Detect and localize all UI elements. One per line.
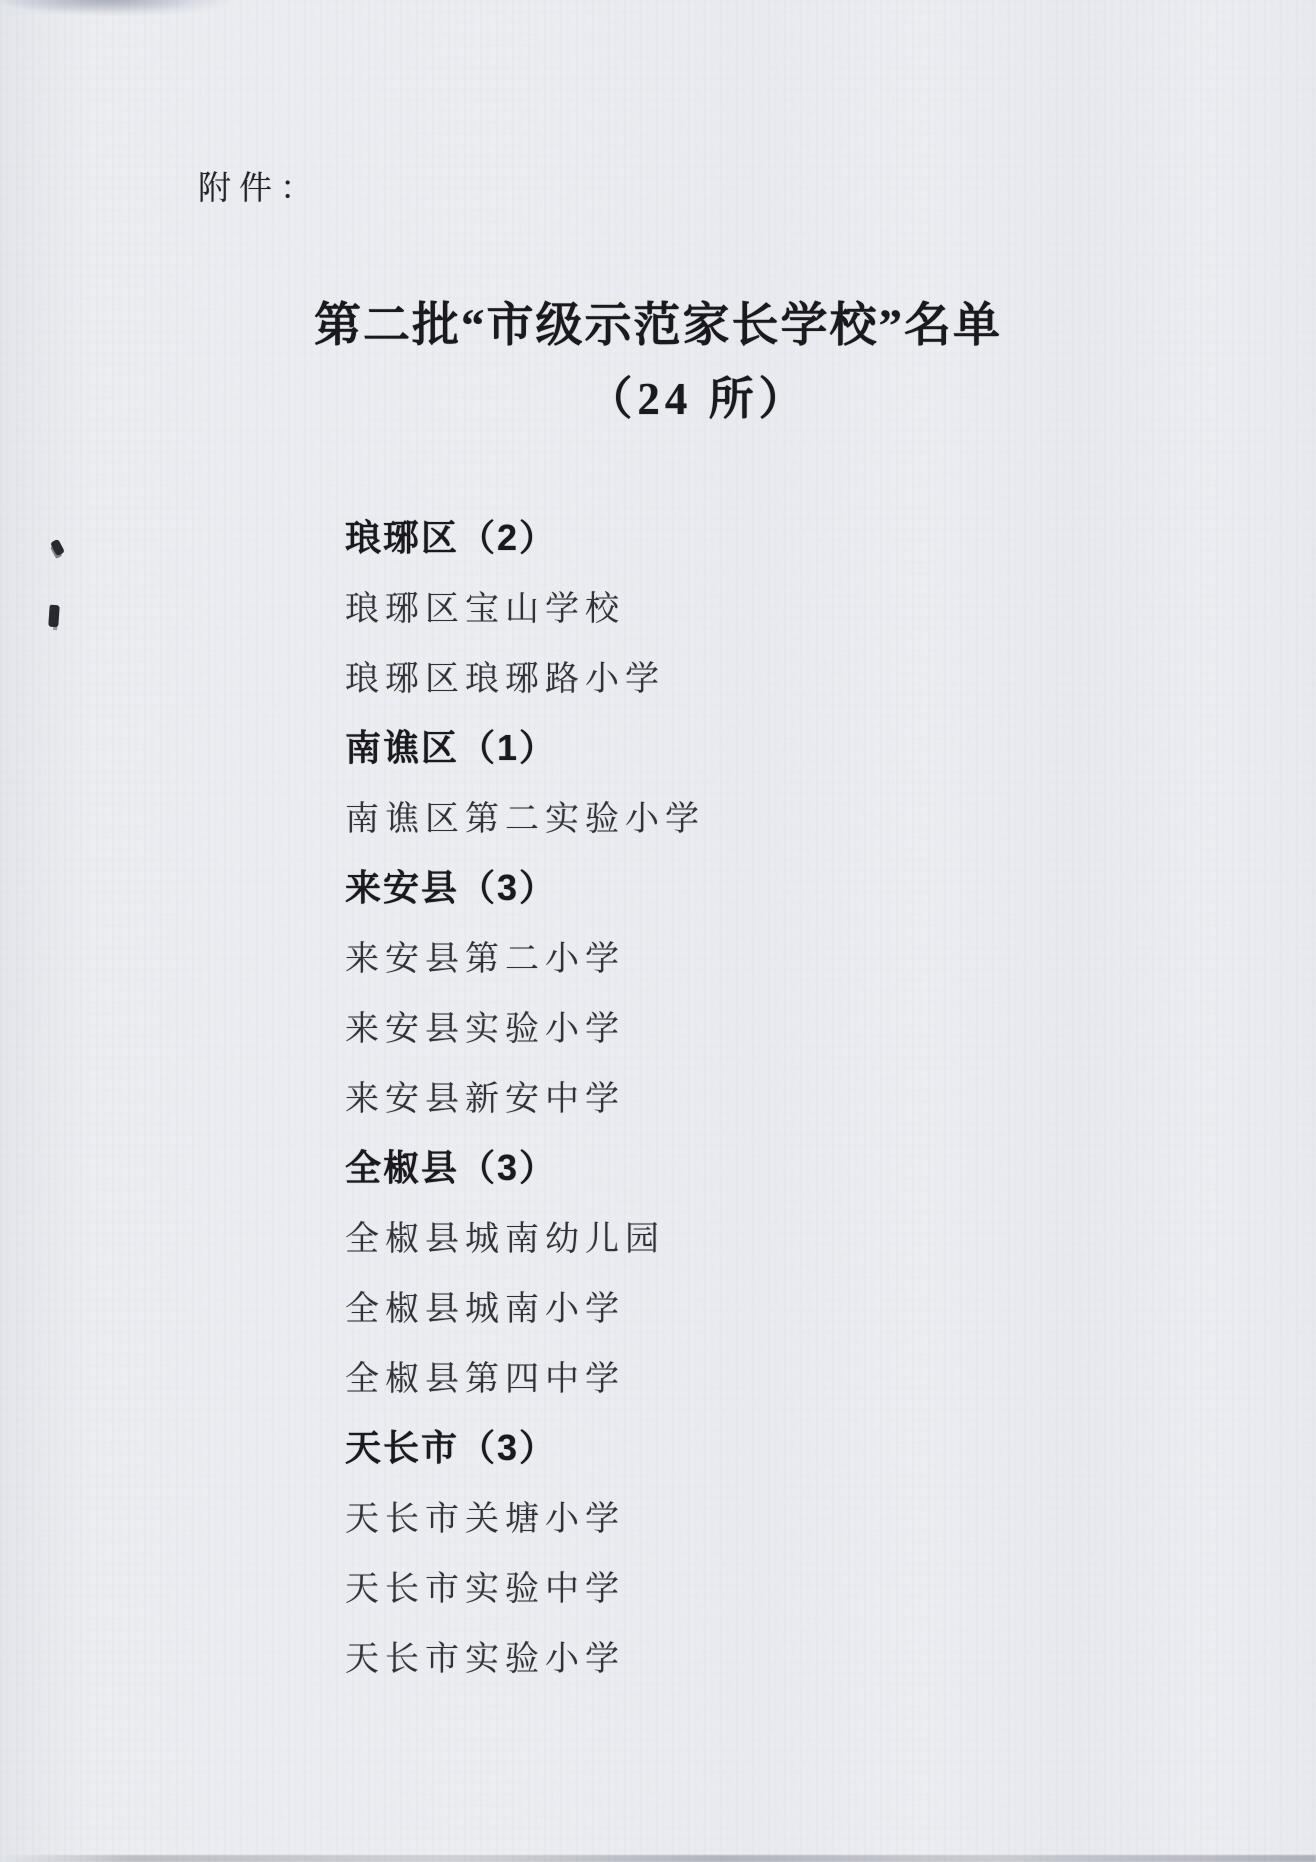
school-item: 全椒县城南小学 <box>345 1270 705 1340</box>
attachment-label: 附件： <box>198 162 321 209</box>
section-header: 南谯区（1） <box>345 710 705 780</box>
school-item: 天长市实验小学 <box>345 1620 705 1690</box>
school-item: 全椒县第四中学 <box>345 1340 705 1410</box>
school-item: 来安县新安中学 <box>345 1060 705 1130</box>
document-title: 第二批“市级示范家长学校”名单 <box>0 288 1316 355</box>
school-item: 琅琊区宝山学校 <box>345 570 705 640</box>
school-item: 来安县第二小学 <box>345 920 705 990</box>
school-item: 天长市实验中学 <box>345 1550 705 1620</box>
school-item: 来安县实验小学 <box>345 990 705 1060</box>
school-item: 全椒县城南幼儿园 <box>345 1200 705 1270</box>
section-header: 来安县（3） <box>345 850 705 920</box>
ink-speck <box>48 605 60 628</box>
school-item: 琅琊区琅琊路小学 <box>345 640 705 710</box>
school-item: 南谯区第二实验小学 <box>345 780 705 850</box>
scan-edge-shadow <box>0 1855 1316 1862</box>
section-header: 天长市（3） <box>345 1410 705 1480</box>
document-subtitle: （24 所） <box>40 362 1316 427</box>
document-page: 附件： 第二批“市级示范家长学校”名单 （24 所） 琅琊区（2）琅琊区宝山学校… <box>0 0 1316 1862</box>
section-header: 琅琊区（2） <box>345 500 705 570</box>
section-header: 全椒县（3） <box>345 1130 705 1200</box>
school-list: 琅琊区（2）琅琊区宝山学校琅琊区琅琊路小学南谯区（1）南谯区第二实验小学来安县（… <box>345 500 705 1690</box>
school-item: 天长市关塘小学 <box>345 1480 705 1550</box>
